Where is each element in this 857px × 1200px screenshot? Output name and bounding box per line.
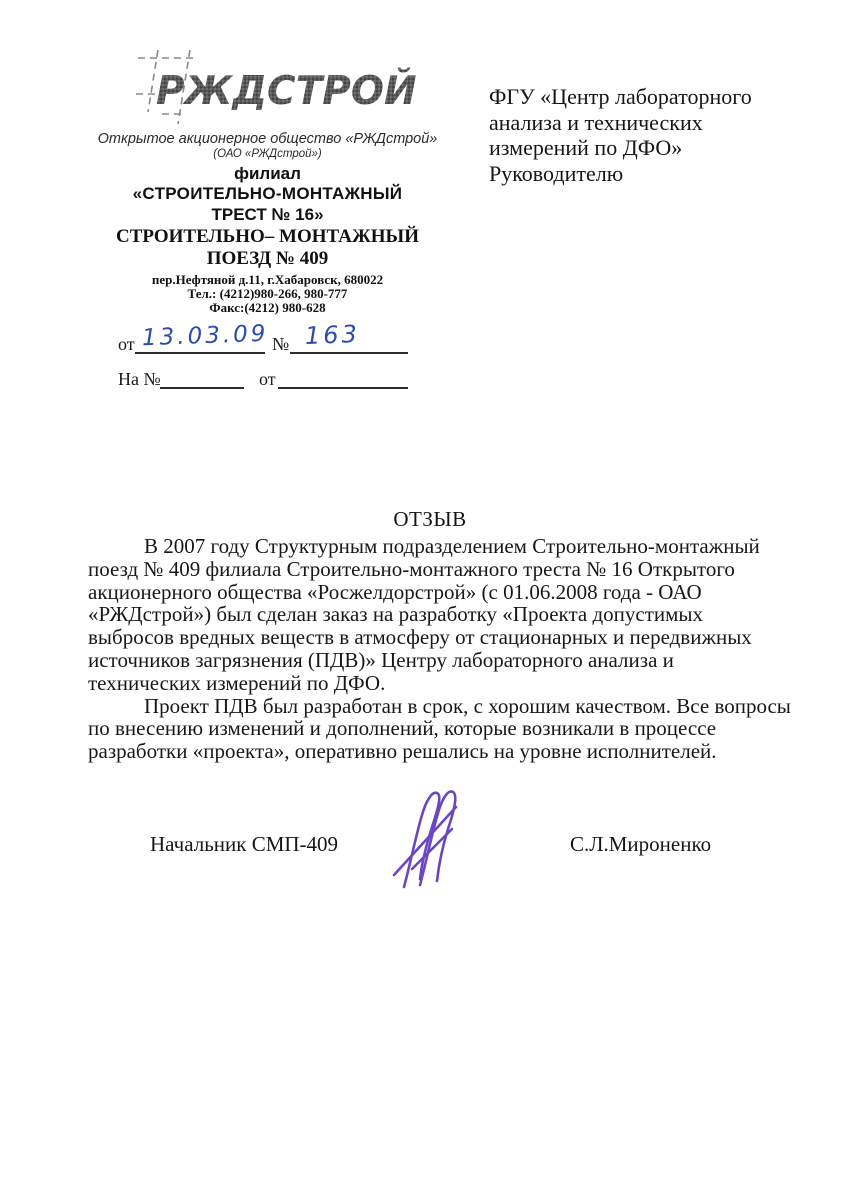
handwritten-number: 163 xyxy=(305,320,361,350)
rzhdstroy-logo: РЖДСТРОЙ xyxy=(136,50,428,130)
body-line: по внесению изменений и дополнений, кото… xyxy=(88,717,788,740)
unit-name-line1: СТРОИТЕЛЬНО– МОНТАЖНЫЙ xyxy=(95,226,440,248)
branch-label: филиал xyxy=(95,164,440,184)
body-line: акционерного общества «Росжелдорстрой» (… xyxy=(88,581,788,604)
ref-on-from-label: от xyxy=(259,369,276,390)
signer-name: С.Л.Мироненко xyxy=(570,832,711,857)
company-name: Открытое акционерное общество «РЖДстрой» xyxy=(95,131,440,147)
body-line: выбросов вредных веществ в атмосферу от … xyxy=(88,626,788,649)
branch-name-line1: «СТРОИТЕЛЬНО-МОНТАЖНЫЙ xyxy=(95,184,440,204)
body-line: технических измерений по ДФО. xyxy=(88,672,788,695)
body-line: «РЖДстрой») был сделан заказ на разработ… xyxy=(88,603,788,626)
body-line: В 2007 году Структурным подразделением С… xyxy=(88,535,788,558)
recipient-line: анализа и технических xyxy=(489,110,789,136)
ref-on-number-label: На № xyxy=(118,369,161,390)
ref-from-label: от xyxy=(118,334,135,355)
body-line: источников загрязнения (ПДВ)» Центру лаб… xyxy=(88,649,788,672)
recipient-block: ФГУ «Центр лабораторного анализа и техни… xyxy=(489,84,789,186)
recipient-line: Руководителю xyxy=(489,161,789,187)
body-line: разработки «проекта», оперативно решалис… xyxy=(88,740,788,763)
company-fax: Факс:(4212) 980-628 xyxy=(95,300,440,316)
ref-on-number-line xyxy=(160,369,244,389)
body-text: В 2007 году Структурным подразделением С… xyxy=(88,535,788,763)
signer-position: Начальник СМП-409 xyxy=(150,832,338,857)
recipient-line: измерений по ДФО» xyxy=(489,135,789,161)
handwritten-date: 13.03.09 xyxy=(142,321,269,351)
logo-text: РЖДСТРОЙ xyxy=(156,67,417,114)
branch-name-line2: ТРЕСТ № 16» xyxy=(95,205,440,225)
company-short-name: (ОАО «РЖДстрой») xyxy=(95,148,440,160)
handwritten-signature xyxy=(382,783,482,891)
body-line: поезд № 409 филиала Строительно-монтажно… xyxy=(88,558,788,581)
ref-number-label: № xyxy=(272,334,289,355)
recipient-line: ФГУ «Центр лабораторного xyxy=(489,84,789,110)
unit-name-line2: ПОЕЗД № 409 xyxy=(95,248,440,270)
letter-page: РЖДСТРОЙ Открытое акционерное общество «… xyxy=(0,0,857,1200)
document-title: ОТЗЫВ xyxy=(88,507,772,532)
body-line: Проект ПДВ был разработан в срок, с хоро… xyxy=(88,695,788,718)
ref-on-from-line xyxy=(278,369,408,389)
